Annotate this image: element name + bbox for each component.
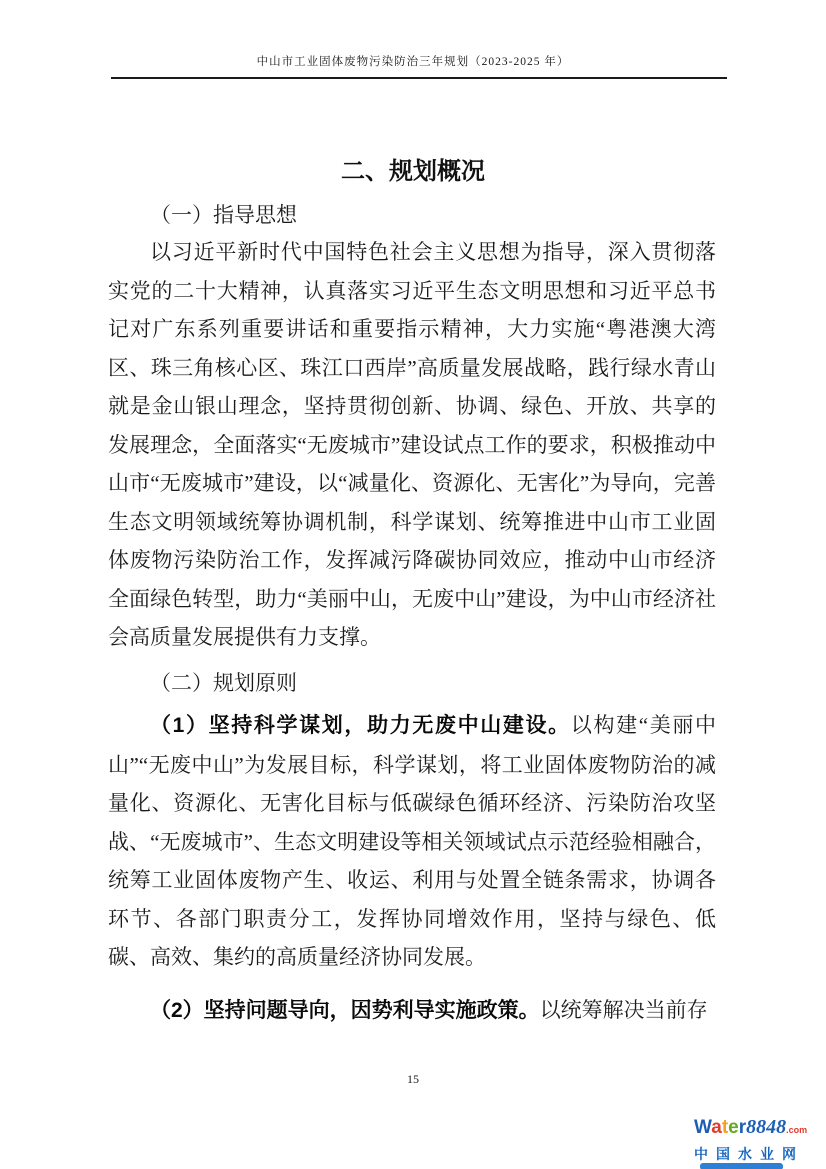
paragraph-guiding-ideology: 以习近平新时代中国特色社会主义思想为指导，深入贯彻落实党的二十大精神，认真落实习… bbox=[108, 233, 716, 657]
principle-item-1-text: 以构建“美丽中山”“无废中山”为发展目标，科学谋划，将工业固体废物防治的减量化、… bbox=[108, 713, 716, 969]
header-rule bbox=[111, 77, 727, 79]
page-header-title: 中山市工业固体废物污染防治三年规划（2023-2025 年） bbox=[0, 53, 826, 69]
brand-tld: .com bbox=[786, 1125, 807, 1135]
principle-item-1: （1）坚持科学谋划，助力无废中山建设。以构建“美丽中山”“无废中山”为发展目标，… bbox=[108, 706, 716, 977]
brand-number: 8848 bbox=[746, 1116, 786, 1138]
section-title: 二、规划概况 bbox=[0, 151, 826, 186]
principle-item-2: （2）坚持问题导向，因势利导实施政策。以统筹解决当前存 bbox=[108, 991, 716, 1031]
brand-underline-bar bbox=[700, 1163, 783, 1169]
page-number: 15 bbox=[0, 1072, 826, 1087]
brand-letter-r: r bbox=[739, 1117, 746, 1138]
brand-letter-e: e bbox=[728, 1117, 739, 1138]
brand-letter-w: W bbox=[694, 1117, 711, 1138]
subheading-guiding-ideology: （一）指导思想 bbox=[108, 196, 718, 235]
principle-item-2-text: 以统筹解决当前存 bbox=[540, 998, 708, 1022]
water8848-brand-text: Water8848.com bbox=[694, 1117, 820, 1141]
brand-letter-a: a bbox=[711, 1117, 722, 1138]
document-page: 中山市工业固体废物污染防治三年规划（2023-2025 年） 二、规划概况 （一… bbox=[0, 0, 826, 1169]
principle-item-2-lead: （2）坚持问题导向，因势利导实施政策。 bbox=[150, 999, 540, 1022]
brand-subtitle-cn: 中国水业网 bbox=[694, 1144, 820, 1164]
water8848-watermark-logo: Water8848.com 中国水业网 bbox=[694, 1117, 820, 1169]
subheading-planning-principles: （二）规划原则 bbox=[108, 664, 718, 703]
principle-item-1-lead: （1）坚持科学谋划，助力无废中山建设。 bbox=[150, 714, 571, 737]
